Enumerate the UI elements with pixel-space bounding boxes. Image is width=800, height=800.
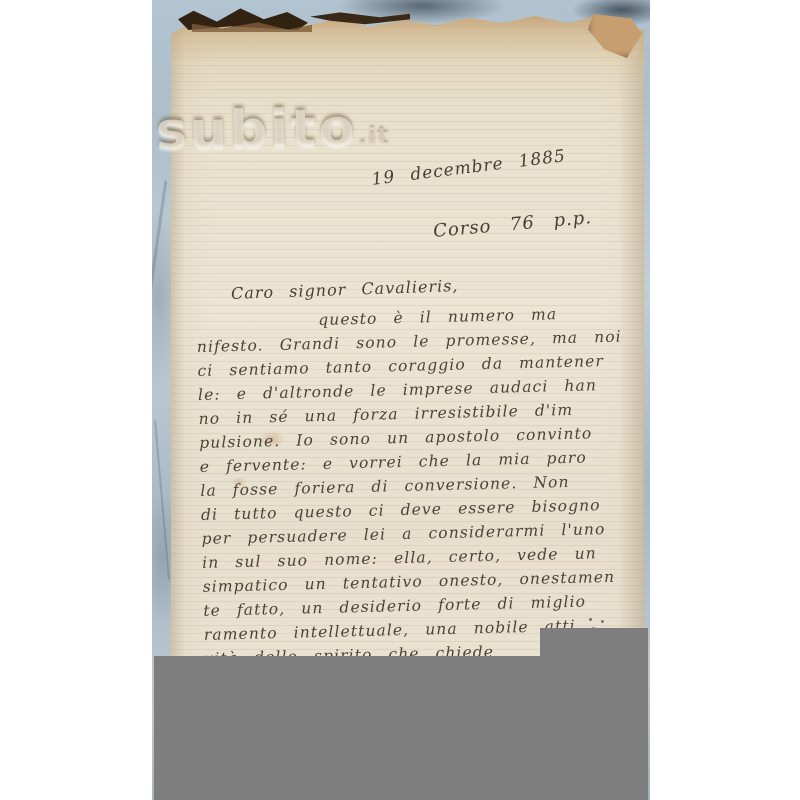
- marble-vein: [152, 180, 167, 299]
- letter-address: Corso 76 p.p.: [432, 207, 592, 242]
- marble-vein: [154, 420, 170, 580]
- subito-watermark-text: subito: [155, 99, 358, 163]
- censor-block: [154, 656, 648, 800]
- letter-body-text: questo è il numero manifesto. Grandi son…: [196, 300, 650, 671]
- censor-block-step: [540, 628, 648, 657]
- subito-watermark-tld: .it: [358, 123, 390, 152]
- letter-date: 19 decembre 1885: [371, 146, 567, 190]
- subito-watermark: subito.it: [155, 98, 389, 162]
- listing-photo-canvas: 19 decembre 1885 Corso 76 p.p. Caro sign…: [0, 0, 800, 800]
- letter-salutation: Caro signor Cavalieris,: [231, 276, 459, 303]
- letter-photograph: 19 decembre 1885 Corso 76 p.p. Caro sign…: [152, 0, 650, 800]
